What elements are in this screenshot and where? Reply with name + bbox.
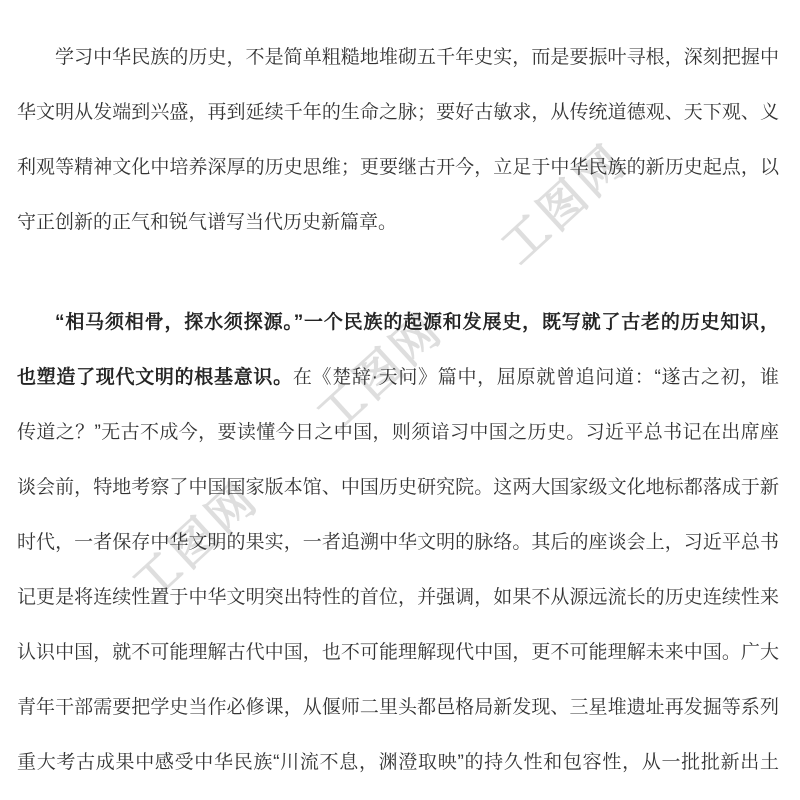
paragraph-line: 利观等精神文化中培养深厚的历史思维；更要继古开今，立足于中华民族的新历史起点，以 xyxy=(17,140,779,195)
paragraph: 学习中华民族的历史，不是简单粗糙地堆砌五千年史实，而是要振叶寻根，深刻把握中华文… xyxy=(17,30,779,250)
bold-text-segment: 也塑造了现代文明的根基意识。 xyxy=(17,367,293,388)
paragraph: “相马须相骨，探水须探源。”一个民族的起源和发展史，既写就了古老的历史知识，也塑… xyxy=(17,295,779,790)
document-page: 工图网 工图网 工图网 学习中华民族的历史，不是简单粗糙地堆砌五千年史实，而是要… xyxy=(0,0,800,800)
text-segment: 学习中华民族的历史，不是简单粗糙地堆砌五千年史实，而是要振叶寻根，深刻把握中 xyxy=(55,47,779,68)
paragraph-line: 传道之？”无古不成今，要读懂今日之中国，则须谙习中国之历史。习近平总书记在出席座 xyxy=(17,405,779,460)
text-segment: 利观等精神文化中培养深厚的历史思维；更要继古开今，立足于中华民族的新历史起点，以 xyxy=(17,157,779,178)
text-segment: 在《楚辞·天问》篇中，屈原就曾追问道：“遂古之初，谁 xyxy=(293,367,779,388)
paragraph-line: 也塑造了现代文明的根基意识。在《楚辞·天问》篇中，屈原就曾追问道：“遂古之初，谁 xyxy=(17,350,779,405)
paragraph-line: 守正创新的正气和锐气谱写当代历史新篇章。 xyxy=(17,195,779,250)
text-segment: 时代，一者保存中华文明的果实，一者追溯中华文明的脉络。其后的座谈会上，习近平总书 xyxy=(17,532,779,553)
paragraph-line: 学习中华民族的历史，不是简单粗糙地堆砌五千年史实，而是要振叶寻根，深刻把握中 xyxy=(17,30,779,85)
text-segment: 认识中国，就不可能理解古代中国，也不可能理解现代中国，更不可能理解未来中国。广大 xyxy=(17,642,779,663)
paragraph-line: 记更是将连续性置于中华文明突出特性的首位，并强调，如果不从源远流长的历史连续性来 xyxy=(17,570,779,625)
paragraph-line: 认识中国，就不可能理解古代中国，也不可能理解现代中国，更不可能理解未来中国。广大 xyxy=(17,625,779,680)
text-segment: 传道之？”无古不成今，要读懂今日之中国，则须谙习中国之历史。习近平总书记在出席座 xyxy=(17,422,779,443)
text-segment: 记更是将连续性置于中华文明突出特性的首位，并强调，如果不从源远流长的历史连续性来 xyxy=(17,587,779,608)
paragraph-line: 时代，一者保存中华文明的果实，一者追溯中华文明的脉络。其后的座谈会上，习近平总书 xyxy=(17,515,779,570)
text-segment: 青年干部需要把学史当作必修课，从偃师二里头都邑格局新发现、三星堆遗址再发掘等系列 xyxy=(17,697,779,718)
bold-text-segment: “相马须相骨，探水须探源。”一个民族的起源和发展史，既写就了古老的历史知识， xyxy=(55,312,779,333)
article-body: 学习中华民族的历史，不是简单粗糙地堆砌五千年史实，而是要振叶寻根，深刻把握中华文… xyxy=(0,0,800,790)
paragraph-line: “相马须相骨，探水须探源。”一个民族的起源和发展史，既写就了古老的历史知识， xyxy=(17,295,779,350)
paragraph-line: 华文明从发端到兴盛，再到延续千年的生命之脉；要好古敏求，从传统道德观、天下观、义 xyxy=(17,85,779,140)
paragraph-line: 青年干部需要把学史当作必修课，从偃师二里头都邑格局新发现、三星堆遗址再发掘等系列 xyxy=(17,680,779,735)
text-segment: 华文明从发端到兴盛，再到延续千年的生命之脉；要好古敏求，从传统道德观、天下观、义 xyxy=(17,102,779,123)
text-segment: 重大考古成果中感受中华民族“川流不息，渊澄取映”的持久性和包容性，从一批批新出土 xyxy=(17,752,779,773)
paragraph-line: 谈会前，特地考察了中国国家版本馆、中国历史研究院。这两大国家级文化地标都落成于新 xyxy=(17,460,779,515)
text-segment: 守正创新的正气和锐气谱写当代历史新篇章。 xyxy=(17,212,397,233)
text-segment: 谈会前，特地考察了中国国家版本馆、中国历史研究院。这两大国家级文化地标都落成于新 xyxy=(17,477,779,498)
paragraph-line: 重大考古成果中感受中华民族“川流不息，渊澄取映”的持久性和包容性，从一批批新出土 xyxy=(17,735,779,790)
